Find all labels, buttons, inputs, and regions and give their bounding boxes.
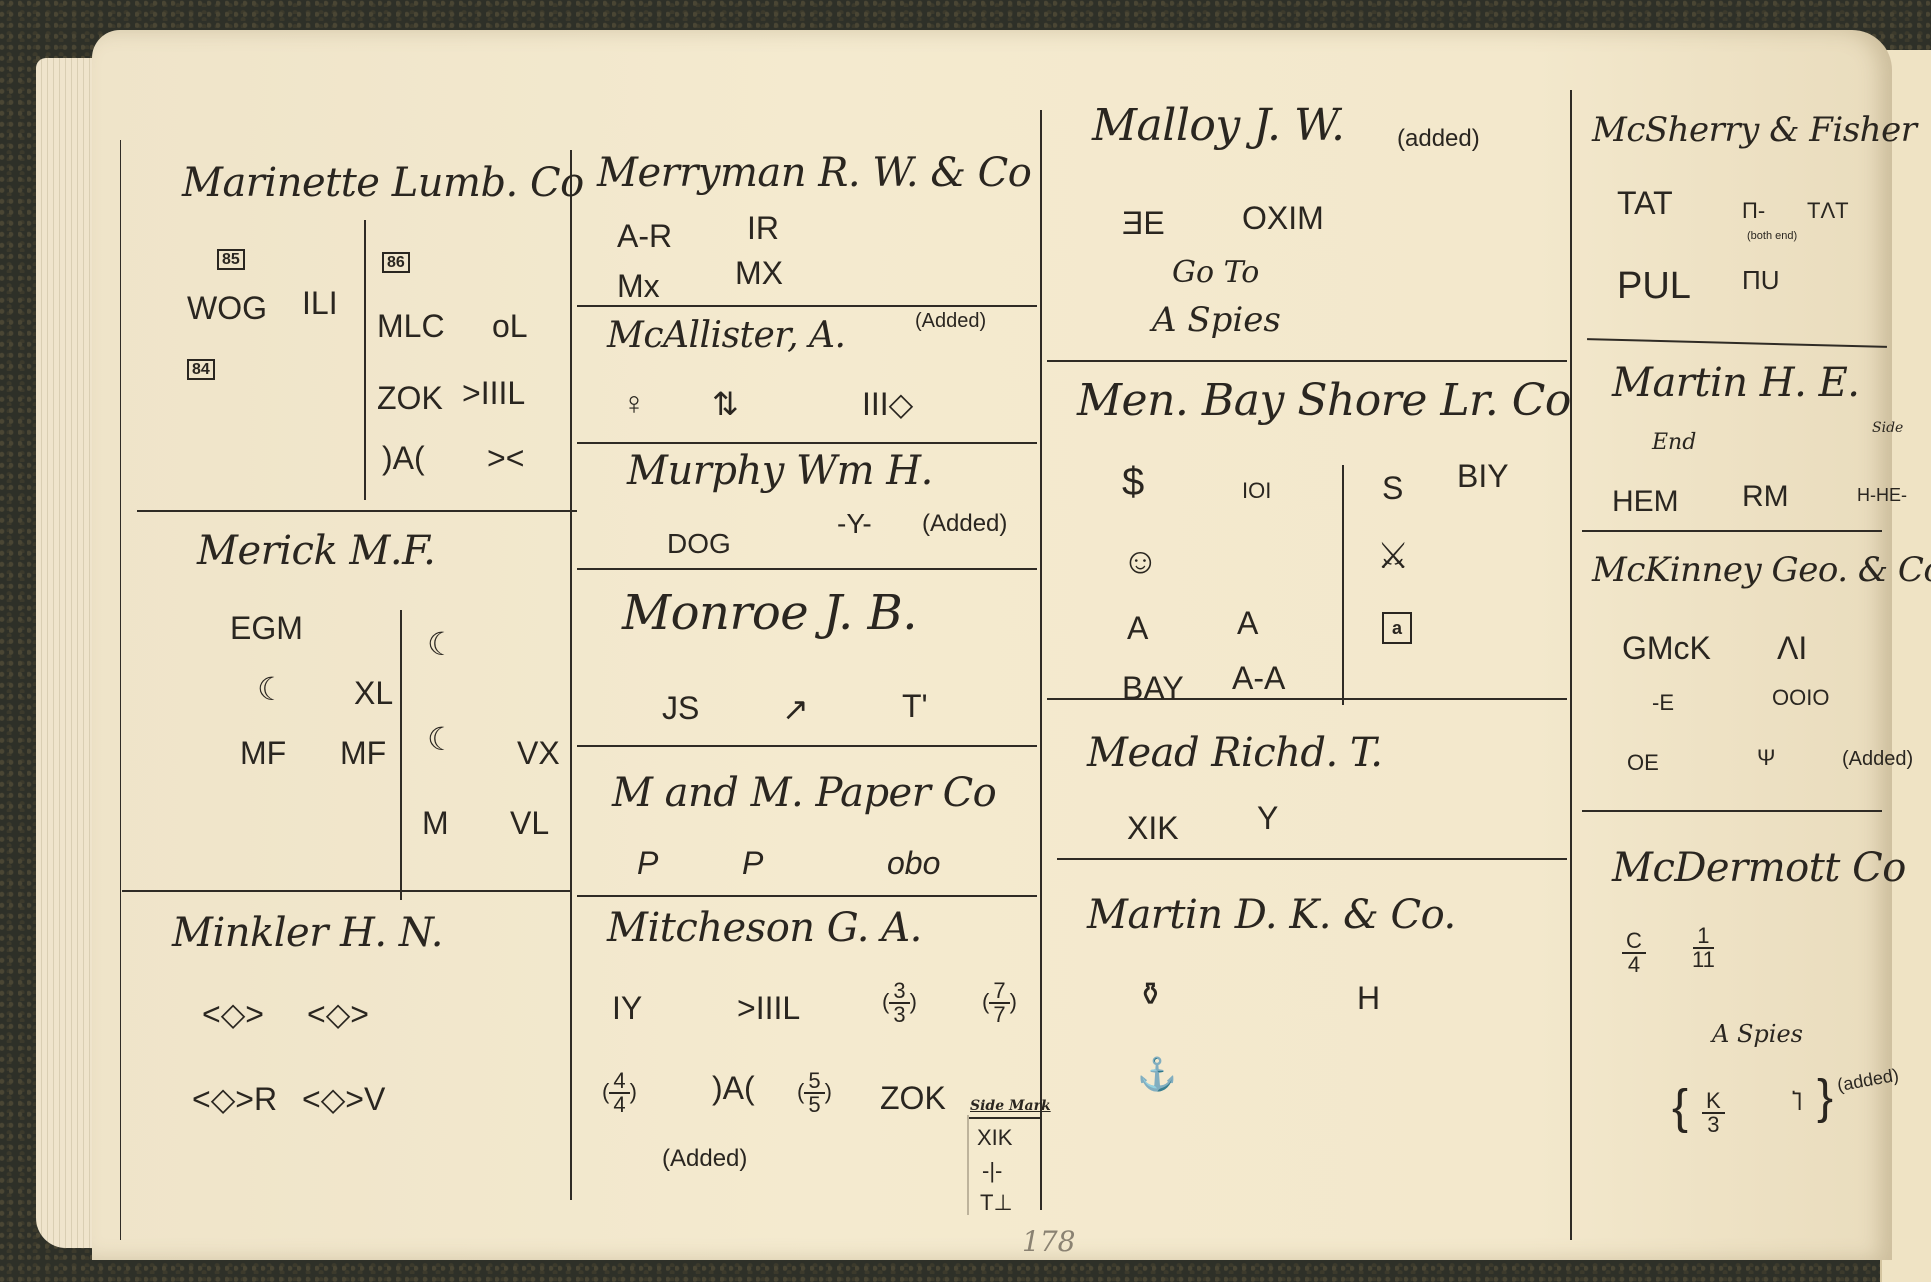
added-note: (Added) <box>1842 748 1913 771</box>
log-mark: Mx <box>617 268 660 305</box>
log-mark: XL <box>354 675 393 712</box>
log-mark: -E <box>1652 690 1674 716</box>
log-mark: OE <box>1627 750 1659 776</box>
log-mark: ZOK <box>880 1080 946 1117</box>
row-divider <box>122 890 572 892</box>
log-mark: Y <box>1257 800 1278 837</box>
side-mark: -|- <box>982 1158 1002 1184</box>
entry-name: Murphy Wm H. <box>627 448 933 494</box>
row-divider <box>1582 810 1882 812</box>
log-mark: MF <box>240 735 286 772</box>
entry-name: Mead Richd. T. <box>1087 730 1382 776</box>
log-mark: ⇅ <box>712 385 739 423</box>
log-mark: MX <box>735 255 783 292</box>
row-divider <box>1047 360 1567 362</box>
column-divider <box>1570 90 1572 1240</box>
sub-divider <box>400 610 402 900</box>
fraction-mark: (44) <box>602 1070 637 1116</box>
log-mark: GMcK <box>1622 630 1711 667</box>
entry-name: McKinney Geo. & Co <box>1592 550 1931 590</box>
fraction-mark: (77) <box>982 980 1017 1026</box>
log-mark: Ⴈ <box>1792 1090 1802 1116</box>
log-mark: Ψ <box>1757 745 1775 771</box>
log-mark: IR <box>747 210 779 247</box>
log-mark: TΛT <box>1807 198 1849 224</box>
small-note: (both end) <box>1747 230 1797 242</box>
log-mark: T' <box>902 688 928 725</box>
entry-name: Minkler H. N. <box>172 910 443 956</box>
log-mark: JS <box>662 690 699 727</box>
log-mark: obo <box>887 845 940 882</box>
page-number: 178 <box>1022 1225 1075 1258</box>
log-mark: BAY <box>1122 670 1184 707</box>
added-note: (Added) <box>915 310 986 333</box>
fraction-mark: C4 <box>1622 930 1646 976</box>
log-mark: A-R <box>617 218 672 255</box>
cross-hooks-mark: ⚔ <box>1377 535 1409 577</box>
basket-mark: ⚱ <box>1137 975 1164 1013</box>
head-mark: ☺ <box>1122 540 1159 582</box>
box-mark: a <box>1382 605 1412 642</box>
log-mark: )A( <box>382 440 425 477</box>
flag-mark: 85 <box>217 235 245 272</box>
column-divider <box>570 150 572 1200</box>
brace-open: { <box>1672 1080 1688 1135</box>
log-mark: OXIM <box>1242 200 1324 237</box>
remark: Go To <box>1172 255 1259 290</box>
row-divider <box>1582 530 1882 532</box>
log-mark: $ <box>1122 460 1144 505</box>
row-divider <box>577 895 1037 897</box>
crescent-mark: ☾ <box>427 720 456 758</box>
fraction-mark: (33) <box>882 980 917 1026</box>
log-mark: BIY <box>1457 458 1509 495</box>
added-note: (Added) <box>922 510 1007 538</box>
added-note: (added) <box>1836 1065 1901 1096</box>
log-mark: DOG <box>667 528 731 560</box>
side-mark-divider <box>967 1115 969 1215</box>
entry-name: Men. Bay Shore Lr. Co <box>1077 375 1571 426</box>
log-mark: TAT <box>1617 185 1673 222</box>
remark: A Spies <box>1152 300 1281 340</box>
ledger-page: Marinette Lumb. Co 85 WOG ILI 84 86 MLC … <box>92 30 1892 1260</box>
remark: A Spies <box>1712 1020 1803 1048</box>
side-label: Side <box>1872 420 1903 436</box>
entry-name: McAllister, A. <box>607 315 845 356</box>
log-mark: WOG <box>187 290 267 327</box>
log-mark: VL <box>510 805 549 842</box>
crescent-mark: ☾ <box>427 625 456 663</box>
end-label: End <box>1652 430 1696 455</box>
log-mark: H-HE- <box>1857 485 1907 506</box>
flag-mark: 84 <box>187 345 215 382</box>
log-mark: oL <box>492 308 528 345</box>
log-mark: P <box>637 845 658 882</box>
log-mark: >IIIL <box>737 990 800 1027</box>
log-mark: MF <box>340 735 386 772</box>
added-note: (added) <box>1397 125 1480 153</box>
entry-name: Merryman R. W. & Co <box>597 150 1031 196</box>
brace-close: } <box>1817 1070 1833 1125</box>
row-divider <box>1587 338 1887 348</box>
log-mark: A <box>1237 605 1258 642</box>
entry-name: M and M. Paper Co <box>612 770 996 816</box>
fraction-mark: 111 <box>1692 925 1715 971</box>
log-mark: ILI <box>302 285 338 322</box>
entry-name: Marinette Lumb. Co <box>182 160 584 206</box>
log-mark: IY <box>612 990 642 1027</box>
log-mark: <◇>V <box>302 1080 385 1118</box>
log-mark: PUL <box>1617 265 1691 308</box>
log-mark: S <box>1382 470 1403 507</box>
log-mark: <◇> <box>202 995 264 1033</box>
entry-name: Merick M.F. <box>197 528 435 574</box>
log-mark: A-A <box>1232 660 1285 697</box>
row-divider <box>1057 858 1567 860</box>
log-mark: П- <box>1742 198 1765 224</box>
side-mark-label: Side Mark <box>970 1098 1051 1114</box>
log-mark: ΛI <box>1777 630 1807 667</box>
log-mark: HEM <box>1612 485 1679 519</box>
anchor-mark: ⚓ <box>1137 1055 1177 1093</box>
column-divider <box>1040 110 1042 1210</box>
fraction-mark: (55) <box>797 1070 832 1116</box>
row-divider <box>577 442 1037 444</box>
row-divider <box>137 510 577 512</box>
entry-name: McSherry & Fisher <box>1592 110 1916 150</box>
log-mark: ƎE <box>1122 205 1165 242</box>
log-mark: III◇ <box>862 385 913 423</box>
entry-name: Martin D. K. & Co. <box>1087 892 1456 938</box>
entry-name: Mitcheson G. A. <box>607 905 922 951</box>
column-divider <box>120 140 121 1240</box>
added-note: (Added) <box>662 1145 747 1173</box>
log-mark: >< <box>487 440 524 477</box>
log-mark: VX <box>517 735 560 772</box>
log-mark: H <box>1357 980 1380 1017</box>
row-divider <box>577 568 1037 570</box>
log-mark: -Y- <box>837 508 872 540</box>
log-mark: IOI <box>1242 478 1271 504</box>
log-mark: ↗ <box>782 690 809 728</box>
log-mark: ПU <box>1742 265 1779 296</box>
sub-divider <box>1342 465 1344 705</box>
log-mark: MLC <box>377 308 445 345</box>
log-mark: ZOK <box>377 380 443 417</box>
sub-divider <box>364 220 366 500</box>
row-divider <box>577 745 1037 747</box>
flag-mark: 86 <box>382 238 410 275</box>
fraction-mark: K3 <box>1702 1090 1725 1136</box>
entry-name: Monroe J. B. <box>622 585 917 641</box>
entry-name: Martin H. E. <box>1612 360 1860 406</box>
log-mark: A <box>1127 610 1148 647</box>
log-mark: XIK <box>1127 810 1179 847</box>
log-mark: M <box>422 805 449 842</box>
side-mark: XIK <box>977 1125 1012 1151</box>
entry-name: Malloy J. W. <box>1092 100 1344 151</box>
log-mark: RM <box>1742 480 1789 514</box>
entry-name: McDermott Co <box>1612 845 1906 891</box>
log-mark: <◇> <box>307 995 369 1033</box>
crescent-mark: ☾ <box>257 670 286 708</box>
log-mark: EGM <box>230 610 303 647</box>
log-mark: P <box>742 845 763 882</box>
side-mark-underline <box>967 1117 1042 1119</box>
log-mark: <◇>R <box>192 1080 277 1118</box>
log-mark: >IIIL <box>462 375 525 412</box>
side-mark: T⊥ <box>980 1190 1013 1216</box>
row-divider <box>577 305 1037 307</box>
log-mark: OOIO <box>1772 685 1829 711</box>
log-mark: )A( <box>712 1070 755 1107</box>
log-mark: ♀ <box>622 385 646 422</box>
